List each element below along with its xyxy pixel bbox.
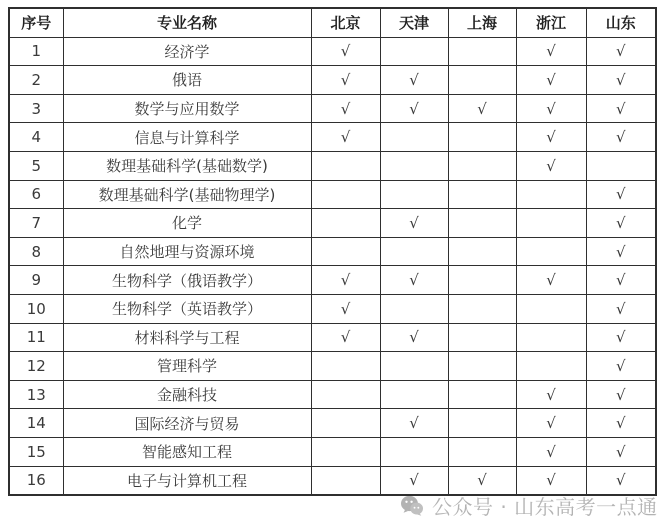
major-name: 信息与计算科学 [63,123,311,152]
empty-cell [311,180,380,209]
check-mark: √ [516,266,586,295]
check-mark: √ [586,209,656,238]
majors-table: 序号专业名称北京天津上海浙江山东 1经济学√√√2俄语√√√√3数学与应用数学√… [8,7,657,496]
row-number: 6 [9,180,63,209]
major-name: 数理基础科学(基础数学) [63,151,311,180]
check-mark: √ [311,323,380,352]
table-row: 2俄语√√√√ [9,66,656,95]
check-mark: √ [380,409,448,438]
row-number: 11 [9,323,63,352]
check-mark: √ [516,37,586,66]
empty-cell [448,380,516,409]
empty-cell [586,151,656,180]
table-row: 1经济学√√√ [9,37,656,66]
major-name: 智能感知工程 [63,437,311,466]
major-name: 数学与应用数学 [63,94,311,123]
check-mark: √ [586,466,656,495]
table-row: 9生物科学（俄语教学）√√√√ [9,266,656,295]
major-name: 化学 [63,209,311,238]
table-row: 10生物科学（英语教学）√√ [9,294,656,323]
empty-cell [380,437,448,466]
check-mark: √ [311,37,380,66]
row-number: 3 [9,94,63,123]
empty-cell [448,237,516,266]
check-mark: √ [380,466,448,495]
major-name: 材料科学与工程 [63,323,311,352]
check-mark: √ [311,266,380,295]
table-row: 3数学与应用数学√√√√√ [9,94,656,123]
row-number: 13 [9,380,63,409]
empty-cell [311,437,380,466]
major-name: 管理科学 [63,352,311,381]
empty-cell [448,266,516,295]
check-mark: √ [516,94,586,123]
table-row: 16电子与计算机工程√√√√ [9,466,656,495]
check-mark: √ [516,123,586,152]
row-number: 9 [9,266,63,295]
empty-cell [448,437,516,466]
check-mark: √ [586,380,656,409]
wechat-icon [400,495,424,517]
check-mark: √ [586,37,656,66]
check-mark: √ [516,380,586,409]
check-mark: √ [586,323,656,352]
column-header-6: 山东 [586,8,656,37]
empty-cell [448,323,516,352]
major-name: 经济学 [63,37,311,66]
check-mark: √ [380,209,448,238]
empty-cell [516,352,586,381]
row-number: 15 [9,437,63,466]
empty-cell [448,123,516,152]
header-row: 序号专业名称北京天津上海浙江山东 [9,8,656,37]
major-name: 电子与计算机工程 [63,466,311,495]
table-row: 7化学√√ [9,209,656,238]
check-mark: √ [586,437,656,466]
check-mark: √ [380,66,448,95]
check-mark: √ [516,437,586,466]
check-mark: √ [448,94,516,123]
table-row: 13金融科技√√ [9,380,656,409]
table-row: 8自然地理与资源环境√ [9,237,656,266]
table-row: 14国际经济与贸易√√√ [9,409,656,438]
empty-cell [516,323,586,352]
empty-cell [380,37,448,66]
check-mark: √ [311,123,380,152]
table-body: 1经济学√√√2俄语√√√√3数学与应用数学√√√√√4信息与计算科学√√√5数… [9,37,656,495]
check-mark: √ [516,409,586,438]
major-name: 俄语 [63,66,311,95]
check-mark: √ [586,352,656,381]
check-mark: √ [311,94,380,123]
empty-cell [311,352,380,381]
empty-cell [311,380,380,409]
table-row: 6数理基础科学(基础物理学)√ [9,180,656,209]
row-number: 7 [9,209,63,238]
empty-cell [448,180,516,209]
row-number: 2 [9,66,63,95]
table-row: 11材料科学与工程√√√ [9,323,656,352]
table-row: 12管理科学√ [9,352,656,381]
check-mark: √ [516,151,586,180]
empty-cell [516,294,586,323]
empty-cell [448,352,516,381]
check-mark: √ [516,466,586,495]
major-name: 数理基础科学(基础物理学) [63,180,311,209]
column-header-1: 专业名称 [63,8,311,37]
check-mark: √ [586,180,656,209]
empty-cell [380,294,448,323]
check-mark: √ [586,266,656,295]
empty-cell [448,409,516,438]
check-mark: √ [586,294,656,323]
empty-cell [448,209,516,238]
empty-cell [311,237,380,266]
table-row: 4信息与计算科学√√√ [9,123,656,152]
row-number: 5 [9,151,63,180]
empty-cell [311,209,380,238]
major-name: 生物科学（英语教学） [63,294,311,323]
empty-cell [380,123,448,152]
major-name: 生物科学（俄语教学） [63,266,311,295]
column-header-5: 浙江 [516,8,586,37]
table-row: 5数理基础科学(基础数学)√ [9,151,656,180]
table-header: 序号专业名称北京天津上海浙江山东 [9,8,656,37]
check-mark: √ [586,237,656,266]
column-header-0: 序号 [9,8,63,37]
row-number: 16 [9,466,63,495]
check-mark: √ [311,66,380,95]
check-mark: √ [516,66,586,95]
empty-cell [448,66,516,95]
row-number: 1 [9,37,63,66]
check-mark: √ [380,94,448,123]
check-mark: √ [311,294,380,323]
column-header-3: 天津 [380,8,448,37]
empty-cell [516,237,586,266]
empty-cell [380,151,448,180]
empty-cell [380,380,448,409]
empty-cell [448,37,516,66]
column-header-4: 上海 [448,8,516,37]
column-header-2: 北京 [311,8,380,37]
major-name: 自然地理与资源环境 [63,237,311,266]
table-row: 15智能感知工程√√ [9,437,656,466]
check-mark: √ [586,123,656,152]
empty-cell [448,294,516,323]
row-number: 4 [9,123,63,152]
check-mark: √ [380,323,448,352]
row-number: 8 [9,237,63,266]
check-mark: √ [448,466,516,495]
empty-cell [448,151,516,180]
empty-cell [380,352,448,381]
major-name: 国际经济与贸易 [63,409,311,438]
check-mark: √ [586,94,656,123]
page: 序号专业名称北京天津上海浙江山东 1经济学√√√2俄语√√√√3数学与应用数学√… [0,0,660,526]
check-mark: √ [586,66,656,95]
empty-cell [516,209,586,238]
empty-cell [516,180,586,209]
row-number: 12 [9,352,63,381]
row-number: 14 [9,409,63,438]
major-name: 金融科技 [63,380,311,409]
empty-cell [380,180,448,209]
empty-cell [311,151,380,180]
empty-cell [311,466,380,495]
empty-cell [380,237,448,266]
check-mark: √ [380,266,448,295]
row-number: 10 [9,294,63,323]
empty-cell [311,409,380,438]
check-mark: √ [586,409,656,438]
